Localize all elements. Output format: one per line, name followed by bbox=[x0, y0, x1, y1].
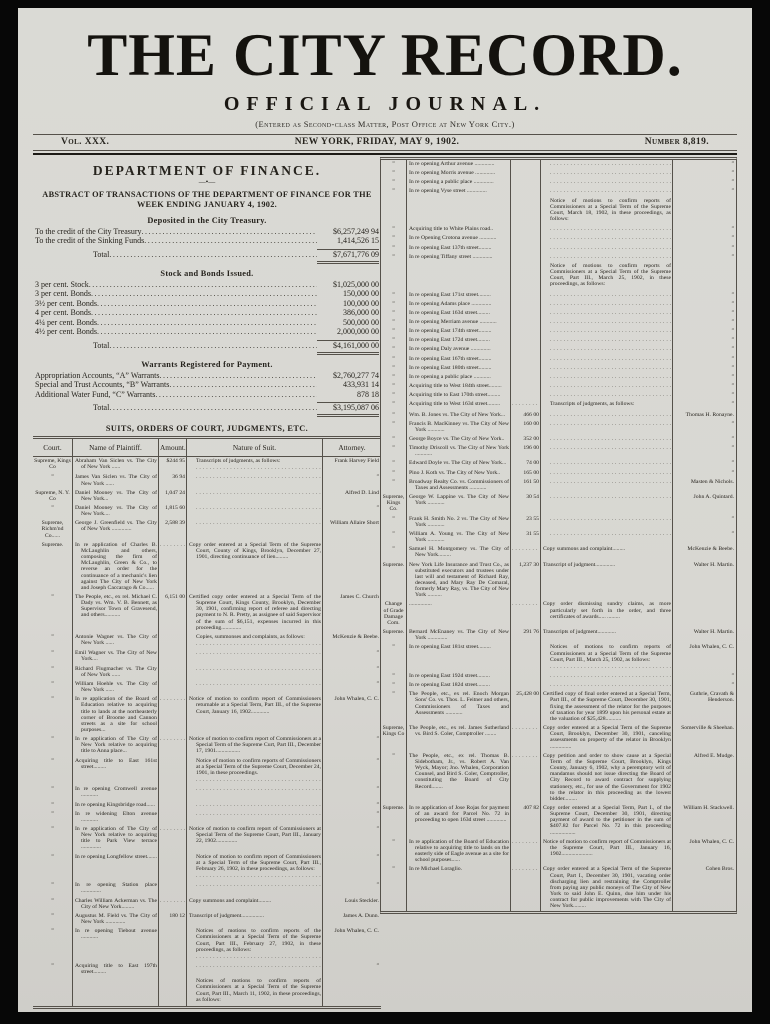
scanned-newspaper-page: { "masthead": { "title": "THE CITY RECOR… bbox=[0, 0, 770, 1024]
cell-amount bbox=[511, 643, 541, 672]
cell-attorney: Louis Steckler. bbox=[323, 897, 381, 912]
cell-court: ” bbox=[381, 291, 407, 300]
nature-dots: ........................................… bbox=[196, 465, 321, 471]
cell-attorney: ” bbox=[323, 825, 381, 853]
cell-amount bbox=[159, 810, 187, 825]
cell-court: ” bbox=[381, 355, 407, 364]
cell-attorney: ” bbox=[673, 336, 736, 345]
table-row: ”In re opening Adams place .............… bbox=[381, 300, 736, 309]
cell-attorney: ” bbox=[673, 160, 736, 169]
cell-nature: ........................................… bbox=[541, 459, 673, 468]
cell-plaintiff: In re opening Tiebout avenue ...........… bbox=[73, 927, 159, 962]
cell-attorney: ” bbox=[673, 373, 736, 382]
table-row: ”Charles William Ackerman vs. The City o… bbox=[33, 897, 381, 912]
cell-nature: Copy order entered at a Special Term of … bbox=[541, 724, 673, 752]
cell-plaintiff: In re application of The City of New Yor… bbox=[73, 825, 159, 853]
cell-plaintiff: Frank H. Smith No. 2 vs. The City of New… bbox=[407, 515, 511, 530]
cell-amount bbox=[159, 881, 187, 896]
nature-dots: ........................................… bbox=[550, 161, 671, 167]
cell-amount: ........ bbox=[511, 724, 541, 752]
cell-attorney bbox=[323, 541, 381, 593]
dot-leader bbox=[89, 280, 317, 290]
amount-dots: ........ bbox=[512, 401, 539, 407]
cell-attorney: John Whalen, C. C. bbox=[323, 927, 381, 962]
nature-dots: ........................................… bbox=[550, 356, 671, 362]
table-row: ”In re opening East 172d street.........… bbox=[381, 336, 736, 345]
cell-nature: ........................................… bbox=[541, 327, 673, 336]
cell-plaintiff: Acquiring title to East 161st street....… bbox=[73, 757, 159, 786]
cell-plaintiff: In re opening Morris avenue ............… bbox=[407, 169, 511, 178]
cell-nature: ........................................… bbox=[187, 810, 323, 825]
cell-court: ” bbox=[33, 810, 73, 825]
cell-plaintiff: Acquiring title to West 163d street.....… bbox=[407, 400, 511, 410]
table-row: ”In re Michael Loraglio.........Copy ord… bbox=[381, 865, 736, 911]
cell-attorney: ” bbox=[673, 515, 736, 530]
cell-plaintiff: In re opening a public place ...........… bbox=[407, 178, 511, 187]
cell-court: Supreme, Kings Co. bbox=[381, 493, 407, 514]
nature-note: Notices of motions to confirm reports of… bbox=[550, 644, 671, 662]
cell-nature: ........................................… bbox=[541, 345, 673, 354]
cell-attorney: Cohen Bros. bbox=[673, 865, 736, 911]
cell-court: ” bbox=[381, 300, 407, 309]
cell-attorney: ” bbox=[323, 735, 381, 756]
table-row: ”Francis B. MacKinney vs. The City of Ne… bbox=[381, 420, 736, 435]
cell-plaintiff: In re widening Elton avenue ............ bbox=[73, 810, 159, 825]
cell-attorney: Alfred E. Mudge. bbox=[673, 752, 736, 804]
cell-nature: Copy summons and complaint......... bbox=[187, 897, 323, 912]
cell-plaintiff: In re opening East 171st street......... bbox=[407, 291, 511, 300]
cell-attorney: ” bbox=[673, 444, 736, 459]
cell-plaintiff: In re application of Jose Rojas for paym… bbox=[407, 804, 511, 838]
finance-line-amount: 878 18 bbox=[317, 390, 379, 400]
cell-court bbox=[381, 262, 407, 291]
right-column: ”In re opening Arthur avenue ...........… bbox=[381, 155, 737, 1009]
cell-amount bbox=[511, 160, 541, 169]
cell-plaintiff: ................ bbox=[407, 600, 511, 628]
cell-nature: ........................................… bbox=[541, 169, 673, 178]
nature-dots: ........................................… bbox=[550, 226, 671, 232]
cell-attorney: John Whalen, C. C. bbox=[673, 838, 736, 866]
cell-nature: ........................................… bbox=[541, 435, 673, 444]
nature-dots: ........................................… bbox=[196, 777, 321, 783]
finance-line: Total$3,195,087 06 bbox=[33, 402, 381, 417]
cell-court: ” bbox=[381, 545, 407, 560]
finance-line-label: Total bbox=[93, 341, 109, 351]
cell-plaintiff: Pino J. Koth vs. The City of New York.. bbox=[407, 469, 511, 478]
table-row: ”In re opening Arthur avenue ...........… bbox=[381, 160, 736, 169]
cell-court: ” bbox=[381, 643, 407, 672]
cell-nature: ........................................… bbox=[541, 355, 673, 364]
table-row: ”In re opening Morris avenue ...........… bbox=[381, 169, 736, 178]
table-row: ”In re opening Longfellow street.......N… bbox=[33, 853, 381, 882]
finance-line: Special and Trust Accounts, “B” Warrants… bbox=[33, 380, 381, 390]
table-row: ”In re opening East 192d street.........… bbox=[381, 672, 736, 681]
cell-amount: ........ bbox=[159, 695, 187, 735]
cell-court: ” bbox=[381, 327, 407, 336]
cell-attorney: ” bbox=[673, 187, 736, 196]
cell-plaintiff: Augustus M. Field vs. The City of New Yo… bbox=[73, 912, 159, 927]
cell-court: ” bbox=[381, 391, 407, 400]
nature-note: Transcripts of judgments, as follows: bbox=[196, 458, 321, 464]
finance-line-amount: 100,000 00 bbox=[317, 299, 379, 309]
cell-plaintiff: In re opening East 163d street......... bbox=[407, 309, 511, 318]
cell-court: ” bbox=[381, 752, 407, 804]
cell-amount: $244 95 bbox=[159, 457, 187, 473]
cell-plaintiff: In re application of the Board of Educat… bbox=[73, 695, 159, 735]
issue-number-label: Number 8,819. bbox=[645, 137, 709, 147]
cell-attorney: William Allaire Short bbox=[323, 519, 381, 540]
cell-plaintiff: In re opening Tiffany street ...........… bbox=[407, 253, 511, 262]
cell-nature: ........................................… bbox=[541, 382, 673, 391]
cell-attorney: ” bbox=[323, 853, 381, 882]
nature-dots: ........................................… bbox=[196, 641, 321, 647]
nature-dots: ........................................… bbox=[550, 470, 671, 476]
cell-plaintiff: Acquiring title to East 170th street....… bbox=[407, 391, 511, 400]
cell-plaintiff: The People, etc., ex rel. Thomas B. Side… bbox=[407, 752, 511, 804]
cell-nature: Notice of motions to confirm reports of … bbox=[541, 197, 673, 226]
cell-amount bbox=[159, 801, 187, 810]
nature-dots: ........................................… bbox=[550, 374, 671, 380]
table-row: Notice of motions to confirm reports of … bbox=[381, 197, 736, 226]
cell-court: ” bbox=[381, 444, 407, 459]
nature-dots: ........................................… bbox=[196, 954, 321, 960]
nature-dots: ........................................… bbox=[550, 392, 671, 398]
cell-attorney: ” bbox=[673, 169, 736, 178]
cell-nature: ........................................… bbox=[541, 160, 673, 169]
cell-plaintiff: In re opening East 181st street......... bbox=[407, 643, 511, 672]
dot-leader bbox=[144, 236, 317, 246]
cell-attorney: ” bbox=[673, 244, 736, 253]
cell-attorney: ” bbox=[323, 881, 381, 896]
table-row: ”In re opening East 180th street........… bbox=[381, 364, 736, 373]
cell-amount: ........ bbox=[159, 825, 187, 853]
table-row: Supreme, N. Y. CoDaniel Mooney vs. The C… bbox=[33, 489, 381, 504]
cell-attorney: ” bbox=[323, 504, 381, 519]
cell-court: ” bbox=[381, 838, 407, 866]
nature-dots: ........................................… bbox=[550, 383, 671, 389]
cell-court: ” bbox=[381, 411, 407, 420]
cell-amount: ........ bbox=[511, 400, 541, 410]
nature-dots: ........................................… bbox=[550, 245, 671, 251]
suits-table-right: ”In re opening Arthur avenue ...........… bbox=[380, 157, 737, 914]
table-row: Supreme, Richm'nd Co......George J. Gree… bbox=[33, 519, 381, 540]
cell-attorney: ” bbox=[323, 801, 381, 810]
cell-court: Change of Grade Damage Com. bbox=[381, 600, 407, 628]
cell-plaintiff: Antonie Wagner vs. The City of New York … bbox=[73, 633, 159, 649]
cell-amount: 196 00 bbox=[511, 444, 541, 459]
nature-note: Copies, summonses and complaints, as fol… bbox=[196, 634, 321, 640]
cell-attorney: Somerville & Sheehan. bbox=[673, 724, 736, 752]
cell-amount: 6,151 00 bbox=[159, 593, 187, 633]
cell-attorney: ” bbox=[323, 757, 381, 786]
cell-amount: ........ bbox=[159, 897, 187, 912]
cell-attorney: ” bbox=[673, 530, 736, 545]
nature-dots: ........................................… bbox=[550, 436, 671, 442]
cell-amount: ........ bbox=[511, 838, 541, 866]
cell-amount bbox=[511, 318, 541, 327]
cell-amount: 31 55 bbox=[511, 530, 541, 545]
amount-dots: ........ bbox=[160, 542, 185, 548]
cell-amount bbox=[511, 169, 541, 178]
cell-plaintiff: In re opening East 182d street......... bbox=[407, 681, 511, 690]
cell-court: Supreme, Kings Co bbox=[33, 457, 73, 473]
cell-amount bbox=[511, 291, 541, 300]
dateline-bar: Vol. XXX. NEW YORK, FRIDAY, MAY 9, 1902.… bbox=[33, 134, 737, 151]
suits-table-left-body: Supreme, Kings CoAbraham Van Siclen vs. … bbox=[33, 457, 381, 1006]
cell-nature: ........................................… bbox=[541, 493, 673, 514]
cell-plaintiff: Acquiring title to East 197th street....… bbox=[73, 962, 159, 977]
cell-nature: ........................................… bbox=[187, 962, 323, 977]
cell-plaintiff: George Boyce vs. The City of New York.. bbox=[407, 435, 511, 444]
cell-attorney: ” bbox=[673, 420, 736, 435]
table-row: ”Daniel Mooney vs. The City of New York.… bbox=[33, 504, 381, 519]
cell-court: Supreme. bbox=[381, 804, 407, 838]
cell-attorney: ” bbox=[673, 178, 736, 187]
table-row: Change of Grade Damage Com..............… bbox=[381, 600, 736, 628]
cell-nature: Transcript of judgment.............. bbox=[541, 561, 673, 601]
nature-dots: ........................................… bbox=[550, 445, 671, 451]
nature-note: Notice of motion to confirm reports of C… bbox=[196, 758, 321, 776]
cell-plaintiff bbox=[407, 262, 511, 291]
cell-plaintiff: Richard Flugmacher vs. The City of New Y… bbox=[73, 665, 159, 680]
nature-dots: ........................................… bbox=[196, 963, 321, 969]
finance-line: 3 per cent. Stock$1,025,000 00 bbox=[33, 280, 381, 290]
cell-nature: ........................................… bbox=[187, 680, 323, 695]
table-header-cell: Nature of Suit. bbox=[187, 439, 323, 456]
nature-dots: ........................................… bbox=[196, 474, 321, 480]
cell-amount bbox=[511, 234, 541, 243]
cell-plaintiff: In re application of the Board of Educat… bbox=[407, 838, 511, 866]
cell-amount bbox=[511, 309, 541, 318]
table-row: ”In re opening Merriam avenue ..........… bbox=[381, 318, 736, 327]
dot-leader bbox=[160, 371, 317, 381]
cell-court: ” bbox=[381, 244, 407, 253]
finance-line-label: 3 per cent. Stock bbox=[35, 280, 89, 290]
cell-nature: ........................................… bbox=[541, 420, 673, 435]
cell-court: Supreme, N. Y. Co bbox=[33, 489, 73, 504]
table-row: ”In re opening Daly avenue .............… bbox=[381, 345, 736, 354]
cell-nature: ........................................… bbox=[541, 318, 673, 327]
cell-court: ” bbox=[381, 309, 407, 318]
cell-nature: ........................................… bbox=[541, 300, 673, 309]
cell-court: ” bbox=[381, 160, 407, 169]
cell-attorney: ” bbox=[673, 681, 736, 690]
cell-court: Supreme, Richm'nd Co...... bbox=[33, 519, 73, 540]
table-row: Notices of motions to confirm reports of… bbox=[33, 977, 381, 1006]
cell-nature: Transcripts of judgments, as follows:...… bbox=[187, 457, 323, 473]
cell-nature: ........................................… bbox=[541, 469, 673, 478]
cell-nature: ........................................… bbox=[541, 234, 673, 243]
nature-dots: ........................................… bbox=[550, 310, 671, 316]
cell-attorney: John Whalen, C. C. bbox=[323, 695, 381, 735]
table-header-cell: Name of Plaintiff. bbox=[73, 439, 159, 456]
cell-court: ” bbox=[381, 469, 407, 478]
dot-leader bbox=[97, 299, 317, 309]
cell-attorney: ” bbox=[673, 459, 736, 468]
cell-attorney: ” bbox=[673, 400, 736, 410]
cell-plaintiff: In re opening Daly avenue .............. bbox=[407, 345, 511, 354]
cell-plaintiff: In re opening East 167th street......... bbox=[407, 355, 511, 364]
finance-line: Appropriation Accounts, “A” Warrants$2,7… bbox=[33, 371, 381, 381]
finance-line-label: Special and Trust Accounts, “B” Warrants bbox=[35, 380, 169, 390]
left-column: DEPARTMENT OF FINANCE. —•— ABSTRACT OF T… bbox=[33, 155, 381, 1009]
cell-attorney: Guthrie, Cravath & Henderson. bbox=[673, 690, 736, 724]
cell-court: ” bbox=[33, 680, 73, 695]
cell-plaintiff: George J. Greenfield vs. The City of New… bbox=[73, 519, 159, 540]
finance-line-amount: $6,257,249 94 bbox=[317, 227, 379, 237]
cell-court: ” bbox=[33, 665, 73, 680]
table-row: ”In re opening East 167th street........… bbox=[381, 355, 736, 364]
finance-abstract-subheading: ABSTRACT OF TRANSACTIONS OF THE DEPARTME… bbox=[42, 190, 372, 211]
cell-nature: Transcript of judgment................ bbox=[187, 912, 323, 927]
cell-amount bbox=[511, 336, 541, 345]
finance-line: 3 per cent. Bonds150,000 00 bbox=[33, 289, 381, 299]
suits-table-title: SUITS, ORDERS OF COURT, JUDGMENTS, ETC. bbox=[33, 424, 381, 433]
cell-nature: ........................................… bbox=[187, 489, 323, 504]
cell-attorney: Walter H. Martin. bbox=[673, 628, 736, 643]
cell-attorney: Alfred D. Lind bbox=[323, 489, 381, 504]
cell-nature: ........................................… bbox=[187, 504, 323, 519]
cell-court: ” bbox=[33, 853, 73, 882]
nature-dots: ........................................… bbox=[550, 319, 671, 325]
table-row: ”The People, etc., ex rel. Thomas B. Sid… bbox=[381, 752, 736, 804]
cell-nature: Notice of motion to confirm report of Co… bbox=[187, 825, 323, 853]
nature-dots: ........................................… bbox=[196, 873, 321, 879]
table-row: ”Richard Flugmacher vs. The City of New … bbox=[33, 665, 381, 680]
table-row: Supreme.Bernard McEnaney vs. The City of… bbox=[381, 628, 736, 643]
table-row: ”In re application of The City of New Yo… bbox=[33, 735, 381, 756]
cell-court: ” bbox=[381, 515, 407, 530]
finance-line-label: Total bbox=[93, 250, 109, 260]
cell-plaintiff: Abraham Van Siclen vs. The City of New Y… bbox=[73, 457, 159, 473]
cell-nature: Copy order entered at a Special Term of … bbox=[187, 541, 323, 593]
cell-amount: 1,815 60 bbox=[159, 504, 187, 519]
finance-line: 3½ per cent. Bonds100,000 00 bbox=[33, 299, 381, 309]
dot-leader bbox=[97, 327, 317, 337]
table-row: ”Emil Wagner vs. The City of New York...… bbox=[33, 649, 381, 664]
cell-amount: 352 00 bbox=[511, 435, 541, 444]
cell-nature: ........................................… bbox=[541, 187, 673, 196]
cell-amount bbox=[159, 757, 187, 786]
cell-plaintiff: The People, etc., ex rel. James Sutherla… bbox=[407, 724, 511, 752]
amount-dots: ........ bbox=[512, 546, 539, 552]
cell-nature: ........................................… bbox=[541, 373, 673, 382]
cell-nature: ........................................… bbox=[541, 444, 673, 459]
cell-plaintiff bbox=[407, 197, 511, 226]
cell-attorney: ” bbox=[673, 469, 736, 478]
cell-plaintiff: Daniel Mooney vs. The City of New York..… bbox=[73, 504, 159, 519]
amount-dots: ........ bbox=[160, 696, 185, 702]
masthead-entered-line: (Entered as Second-class Matter, Post Of… bbox=[33, 119, 737, 129]
cell-attorney: ” bbox=[673, 309, 736, 318]
amount-dots: ........ bbox=[160, 736, 185, 742]
cell-attorney: John Whalen, C. C. bbox=[673, 643, 736, 672]
cell-court: ” bbox=[381, 690, 407, 724]
finance-line: 4¼ per cent. Bonds500,000 00 bbox=[33, 318, 381, 328]
table-row: Supreme, Kings Co.George W. Lappine vs. … bbox=[381, 493, 736, 514]
cell-amount bbox=[511, 300, 541, 309]
finance-line: Total$4,161,000 00 bbox=[33, 340, 381, 355]
amount-dots: ........ bbox=[512, 866, 539, 872]
table-row: ”In re opening Station place ...........… bbox=[33, 881, 381, 896]
nature-note: Notice of motion to confirm report of Co… bbox=[196, 854, 321, 872]
table-row: Supreme, Kings CoAbraham Van Siclen vs. … bbox=[33, 457, 381, 473]
nature-dots: ........................................… bbox=[550, 254, 671, 260]
cell-nature: Copy order entered at a Special Term, Pa… bbox=[541, 804, 673, 838]
cell-attorney: James A. Dunn. bbox=[323, 912, 381, 927]
cell-plaintiff: In re opening Cromwell avenue ..........… bbox=[73, 785, 159, 800]
cell-attorney: Walter H. Martin. bbox=[673, 561, 736, 601]
cell-nature: ........................................… bbox=[541, 672, 673, 681]
cell-nature: ........................................… bbox=[187, 785, 323, 800]
finance-sections: Deposited in the City Treasury.To the cr… bbox=[33, 216, 381, 417]
cell-plaintiff: Wm. B. Jones vs. The City of New York... bbox=[407, 411, 511, 420]
cell-court: ” bbox=[33, 962, 73, 977]
cell-attorney: James C. Church bbox=[323, 593, 381, 633]
cell-attorney: ” bbox=[323, 962, 381, 977]
table-row: Supreme, Kings CoThe People, etc., ex re… bbox=[381, 724, 736, 752]
cell-amount bbox=[511, 253, 541, 262]
table-row: Notice of motions to confirm reports of … bbox=[381, 262, 736, 291]
cell-attorney: ” bbox=[673, 318, 736, 327]
cell-amount: ........ bbox=[511, 545, 541, 560]
cell-court: ” bbox=[33, 649, 73, 664]
amount-dots: ........ bbox=[512, 753, 539, 759]
table-row: Supreme.In re application of Charles B. … bbox=[33, 541, 381, 593]
cell-nature: Notices of motions to confirm reports of… bbox=[187, 977, 323, 1006]
cell-amount: ........ bbox=[511, 752, 541, 804]
cell-attorney: ” bbox=[323, 810, 381, 825]
nature-dots: ........................................… bbox=[550, 179, 671, 185]
cell-nature: Copy order entered at a Special Term of … bbox=[541, 865, 673, 911]
cell-plaintiff: In re opening Station place ............… bbox=[73, 881, 159, 896]
table-row: ”In re opening East 171st street........… bbox=[381, 291, 736, 300]
cell-plaintiff: The People, etc., ex rel. Enoch Morgan S… bbox=[407, 690, 511, 724]
cell-nature: Transcripts of judgment............. bbox=[541, 628, 673, 643]
cell-plaintiff: In re opening Adams place .............. bbox=[407, 300, 511, 309]
finance-line-label: 3 per cent. Bonds bbox=[35, 289, 91, 299]
cell-nature: ........................................… bbox=[187, 881, 323, 896]
cell-amount bbox=[511, 382, 541, 391]
cell-plaintiff: In re opening East 172d street......... bbox=[407, 336, 511, 345]
cell-attorney bbox=[673, 197, 736, 226]
cell-court: Supreme, Kings Co bbox=[381, 724, 407, 752]
cell-attorney: ” bbox=[323, 680, 381, 695]
cell-nature: ........................................… bbox=[187, 801, 323, 810]
nature-dots: ........................................… bbox=[550, 412, 671, 418]
cell-attorney: McKenzie & Beebe. bbox=[673, 545, 736, 560]
cell-court: ” bbox=[381, 672, 407, 681]
finance-line-label: 3½ per cent. Bonds bbox=[35, 299, 97, 309]
cell-plaintiff: Timothy Driscoll vs. The City of New Yor… bbox=[407, 444, 511, 459]
cell-amount bbox=[159, 633, 187, 649]
finance-line-label: 4¼ per cent. Bonds bbox=[35, 318, 97, 328]
section-heading-finance: DEPARTMENT OF FINANCE. bbox=[33, 163, 381, 179]
cell-court: ” bbox=[33, 633, 73, 649]
nature-dots: ........................................… bbox=[550, 292, 671, 298]
cell-amount bbox=[159, 977, 187, 1006]
table-row: ”Acquiring title to East 161st street...… bbox=[33, 757, 381, 786]
cell-attorney: ” bbox=[673, 382, 736, 391]
cell-amount bbox=[511, 373, 541, 382]
cell-nature: ........................................… bbox=[541, 336, 673, 345]
nature-dots: ........................................… bbox=[550, 494, 671, 500]
table-row: ”The People, etc., ex rel. Michael C. Da… bbox=[33, 593, 381, 633]
nature-dots: ........................................… bbox=[550, 235, 671, 241]
cell-amount bbox=[511, 364, 541, 373]
finance-line-amount: $1,025,000 00 bbox=[317, 280, 379, 290]
cell-court: ” bbox=[381, 459, 407, 468]
